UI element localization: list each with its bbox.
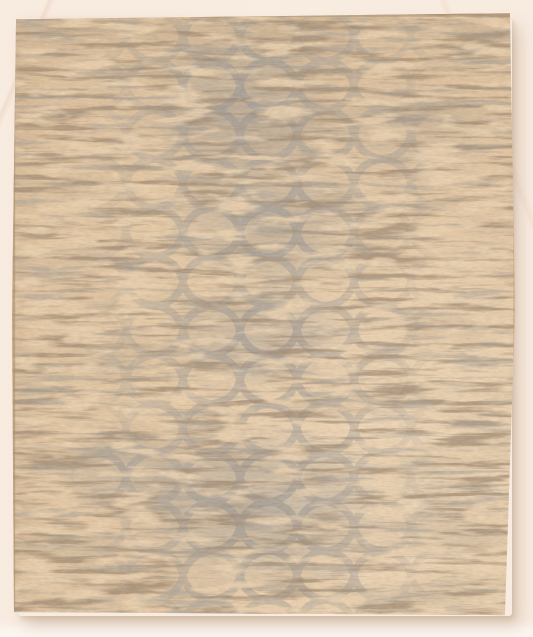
rug-texture-canvas [12,12,516,620]
rug-grain-light [12,12,516,620]
rug-photo [0,0,533,637]
rug [12,12,516,620]
